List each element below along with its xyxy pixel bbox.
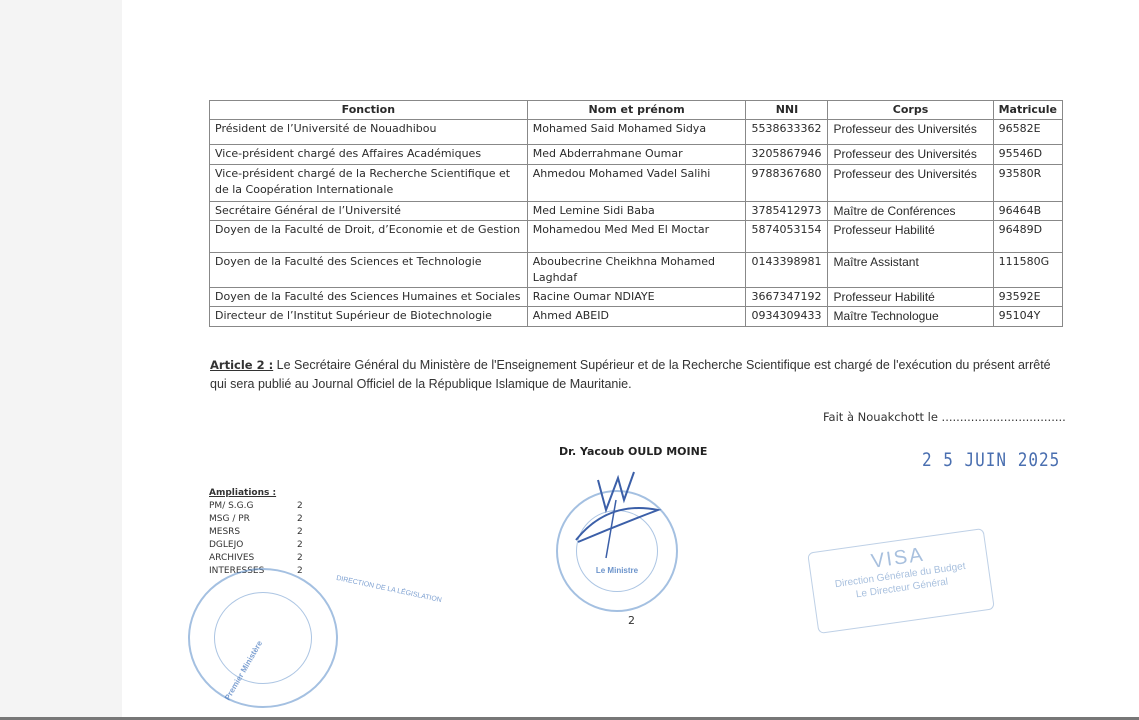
cell-fonction: Vice-président chargé de la Recherche Sc… bbox=[210, 165, 528, 202]
table-row: Secrétaire Général de l’UniversitéMed Le… bbox=[210, 202, 1063, 221]
minister-seal-label: Le Ministre bbox=[558, 566, 676, 575]
cell-corps: Professeur Habilité bbox=[828, 221, 993, 253]
cell-nni: 3667347192 bbox=[746, 288, 828, 307]
cell-nom: Med Lemine Sidi Baba bbox=[527, 202, 746, 221]
ampliation-dest: ARCHIVES bbox=[209, 552, 297, 565]
header-corps: Corps bbox=[828, 101, 993, 120]
cell-corps: Professeur des Universités bbox=[828, 145, 993, 165]
place-date-line: Fait à Nouakchott le ...................… bbox=[823, 410, 1066, 424]
ampliation-item: ARCHIVES2 bbox=[209, 552, 303, 565]
cell-matricule: 93580R bbox=[993, 165, 1062, 202]
cell-matricule: 96582E bbox=[993, 120, 1062, 145]
cell-nom: Ahmed ABEID bbox=[527, 307, 746, 327]
cell-corps: Professeur Habilité bbox=[828, 288, 993, 307]
ampliations-title: Ampliations : bbox=[209, 488, 303, 498]
cell-nni: 0143398981 bbox=[746, 253, 828, 288]
cell-nom: Med Abderrahmane Oumar bbox=[527, 145, 746, 165]
ampliation-count: 2 bbox=[297, 513, 303, 526]
ampliation-item: MESRS2 bbox=[209, 526, 303, 539]
prime-ministry-seal-icon: Premier Ministère bbox=[188, 568, 338, 708]
cell-corps: Maître Technologue bbox=[828, 307, 993, 327]
cell-fonction: Président de l’Université de Nouadhibou bbox=[210, 120, 528, 145]
date-stamp: 2 5 JUIN 2025 bbox=[922, 449, 1060, 471]
header-nni: NNI bbox=[746, 101, 828, 120]
cell-matricule: 95104Y bbox=[993, 307, 1062, 327]
ampliation-dest: MESRS bbox=[209, 526, 297, 539]
cell-corps: Maître de Conférences bbox=[828, 202, 993, 221]
article-2: Article 2 : Le Secrétaire Général du Min… bbox=[210, 356, 1070, 394]
header-nom: Nom et prénom bbox=[527, 101, 746, 120]
header-fonction: Fonction bbox=[210, 101, 528, 120]
ampliation-count: 2 bbox=[297, 526, 303, 539]
cell-matricule: 96489D bbox=[993, 221, 1062, 253]
ampliation-item: PM/ S.G.G2 bbox=[209, 500, 303, 513]
cell-matricule: 111580G bbox=[993, 253, 1062, 288]
ampliation-count: 2 bbox=[297, 500, 303, 513]
cell-matricule: 95546D bbox=[993, 145, 1062, 165]
ampliation-dest: PM/ S.G.G bbox=[209, 500, 297, 513]
ampliation-count: 2 bbox=[297, 552, 303, 565]
table-header-row: Fonction Nom et prénom NNI Corps Matricu… bbox=[210, 101, 1063, 120]
ampliation-dest: DGLEJO bbox=[209, 539, 297, 552]
cell-fonction: Doyen de la Faculté des Sciences Humaine… bbox=[210, 288, 528, 307]
cell-nom: Aboubecrine Cheikhna Mohamed Laghdaf bbox=[527, 253, 746, 288]
cell-fonction: Doyen de la Faculté des Sciences et Tech… bbox=[210, 253, 528, 288]
cell-fonction: Vice-président chargé des Affaires Acadé… bbox=[210, 145, 528, 165]
cell-nni: 0934309433 bbox=[746, 307, 828, 327]
cell-nni: 9788367680 bbox=[746, 165, 828, 202]
cell-fonction: Directeur de l’Institut Supérieur de Bio… bbox=[210, 307, 528, 327]
cell-nni: 3785412973 bbox=[746, 202, 828, 221]
cell-matricule: 93592E bbox=[993, 288, 1062, 307]
cell-corps: Professeur des Universités bbox=[828, 120, 993, 145]
ampliation-dest: MSG / PR bbox=[209, 513, 297, 526]
article-text: Le Secrétaire Général du Ministère de l'… bbox=[210, 358, 1051, 391]
header-matricule: Matricule bbox=[993, 101, 1062, 120]
table-row: Vice-président chargé de la Recherche Sc… bbox=[210, 165, 1063, 202]
ampliation-item: DGLEJO2 bbox=[209, 539, 303, 552]
signatory-name: Dr. Yacoub OULD MOINE bbox=[559, 445, 707, 458]
table-row: Doyen de la Faculté des Sciences Humaine… bbox=[210, 288, 1063, 307]
cell-nom: Racine Oumar NDIAYE bbox=[527, 288, 746, 307]
cell-nni: 5538633362 bbox=[746, 120, 828, 145]
ampliations-list: Ampliations : PM/ S.G.G2MSG / PR2MESRS2D… bbox=[209, 488, 303, 578]
cell-nom: Mohamed Said Mohamed Sidya bbox=[527, 120, 746, 145]
cell-nom: Ahmedou Mohamed Vadel Salihi bbox=[527, 165, 746, 202]
cell-nom: Mohamedou Med Med El Moctar bbox=[527, 221, 746, 253]
table-row: Directeur de l’Institut Supérieur de Bio… bbox=[210, 307, 1063, 327]
table-row: Doyen de la Faculté de Droit, d’Economie… bbox=[210, 221, 1063, 253]
cell-corps: Professeur des Universités bbox=[828, 165, 993, 202]
table-row: Doyen de la Faculté des Sciences et Tech… bbox=[210, 253, 1063, 288]
cell-fonction: Secrétaire Général de l’Université bbox=[210, 202, 528, 221]
table-row: Président de l’Université de NouadhibouM… bbox=[210, 120, 1063, 145]
ampliation-item: MSG / PR2 bbox=[209, 513, 303, 526]
article-label: Article 2 : bbox=[210, 358, 273, 372]
cell-fonction: Doyen de la Faculté de Droit, d’Economie… bbox=[210, 221, 528, 253]
cell-matricule: 96464B bbox=[993, 202, 1062, 221]
signature-icon bbox=[568, 470, 668, 560]
cell-nni: 5874053154 bbox=[746, 221, 828, 253]
appointments-table: Fonction Nom et prénom NNI Corps Matricu… bbox=[209, 100, 1063, 327]
cell-nni: 3205867946 bbox=[746, 145, 828, 165]
ampliation-count: 2 bbox=[297, 539, 303, 552]
table-row: Vice-président chargé des Affaires Acadé… bbox=[210, 145, 1063, 165]
cell-corps: Maître Assistant bbox=[828, 253, 993, 288]
page-number: 2 bbox=[628, 614, 635, 627]
